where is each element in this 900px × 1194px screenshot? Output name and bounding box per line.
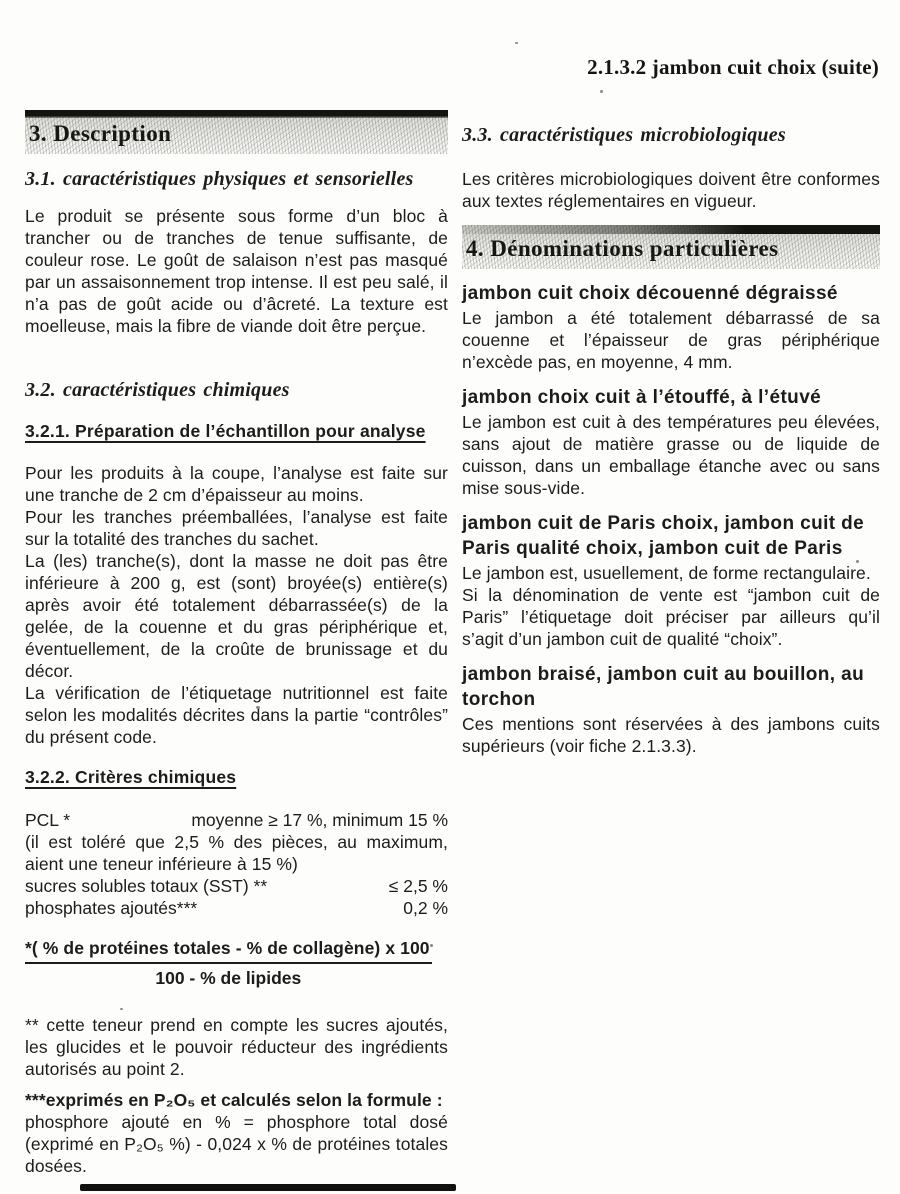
criteria-row-sst: sucres solubles totaux (SST) ** ≤ 2,5 % <box>25 875 448 897</box>
section-3-2-1-title: 3.2.1. Préparation de l’échantillon pour… <box>25 420 448 442</box>
document-page: 2.1.3.2 jambon cuit choix (suite) 3. Des… <box>0 0 900 1194</box>
criteria-row-phosphates: phosphates ajoutés*** 0,2 % <box>25 897 448 919</box>
scan-speck <box>256 706 260 709</box>
scan-speck <box>856 560 859 563</box>
paragraph: Pour les tranches préemballées, l’analys… <box>25 506 448 550</box>
denomination-group: jambon cuit choix découenné dégraissé Le… <box>462 281 880 373</box>
section-3-3-title: 3.3. caractéristiques microbiologiques <box>462 122 880 148</box>
scan-edge-bar <box>80 1184 456 1191</box>
criteria-label: sucres solubles totaux (SST) ** <box>25 875 267 897</box>
left-column: 3. Description 3.1. caractéristiques phy… <box>25 110 448 1177</box>
section-3-1-title: 3.1. caractéristiques physiques et senso… <box>25 166 448 192</box>
criteria-tolerance-note: (il est toléré que 2,5 % des pièces, au … <box>25 831 448 875</box>
section-3-1-paragraph: Le produit se présente sous forme d’un b… <box>25 205 448 337</box>
criteria-row-pcl: PCL * moyenne ≥ 17 %, minimum 15 % <box>25 809 448 831</box>
section-3-title: 3. Description <box>25 110 448 147</box>
formula-numerator: *( % de protéines totales - % de collagè… <box>25 937 432 964</box>
formula-denominator: 100 - % de lipides <box>25 964 432 989</box>
chemical-criteria-table: PCL * moyenne ≥ 17 %, minimum 15 % (il e… <box>25 809 448 919</box>
criteria-label: PCL * <box>25 809 70 831</box>
scan-speck <box>515 42 518 44</box>
paragraph: La vérification de l’étiquetage nutritio… <box>25 682 448 748</box>
paragraph: Pour les produits à la coupe, l’analyse … <box>25 462 448 506</box>
section-3-heading-band: 3. Description <box>25 110 448 154</box>
section-4-heading-band: 4. Dénominations particulières <box>462 225 880 269</box>
denomination-title: jambon cuit choix découenné dégraissé <box>462 281 880 306</box>
denomination-group: jambon braisé, jambon cuit au bouillon, … <box>462 662 880 757</box>
section-3-2-2-title: 3.2.2. Critères chimiques <box>25 766 448 788</box>
scan-speck <box>600 90 603 93</box>
criteria-label: phosphates ajoutés*** <box>25 897 197 919</box>
footnote-phosphates-title: ***exprimés en P₂O₅ et calculés selon la… <box>25 1089 448 1111</box>
denomination-group: jambon choix cuit à l’étouffé, à l’étuvé… <box>462 385 880 499</box>
denomination-paragraph: Le jambon est, usuellement, de forme rec… <box>462 562 880 584</box>
denomination-title: jambon braisé, jambon cuit au bouillon, … <box>462 662 880 712</box>
denomination-paragraph: Si la dénomination de vente est “jambon … <box>462 584 880 650</box>
criteria-value: moyenne ≥ 17 %, minimum 15 % <box>191 809 448 831</box>
section-3-2-1-paragraphs: Pour les produits à la coupe, l’analyse … <box>25 462 448 748</box>
right-column: 3.3. caractéristiques microbiologiques L… <box>462 110 880 757</box>
denomination-paragraph: Le jambon est cuit à des températures pe… <box>462 411 880 499</box>
section-3-2-title: 3.2. caractéristiques chimiques <box>25 377 448 403</box>
page-running-header: 2.1.3.2 jambon cuit choix (suite) <box>587 55 879 80</box>
footnote-phosphates: ***exprimés en P₂O₅ et calculés selon la… <box>25 1089 448 1177</box>
section-4-title: 4. Dénominations particulières <box>462 225 880 262</box>
paragraph: La (les) tranche(s), dont la masse ne do… <box>25 550 448 682</box>
denomination-group: jambon cuit de Paris choix, jambon cuit … <box>462 511 880 650</box>
footnote-phosphates-body: phosphore ajouté en % = phosphore total … <box>25 1111 448 1177</box>
denomination-paragraph: Le jambon a été totalement débarrassé de… <box>462 307 880 373</box>
criteria-value: 0,2 % <box>403 897 448 919</box>
section-3-3-paragraph: Les critères microbiologiques doivent êt… <box>462 168 880 212</box>
criteria-value: ≤ 2,5 % <box>389 875 448 897</box>
scan-speck <box>430 944 433 947</box>
denomination-title: jambon cuit de Paris choix, jambon cuit … <box>462 511 880 561</box>
denomination-title: jambon choix cuit à l’étouffé, à l’étuvé <box>462 385 880 410</box>
denomination-paragraph: Ces mentions sont réservées à des jambon… <box>462 713 880 757</box>
scan-speck <box>120 1008 123 1010</box>
pcl-formula: *( % de protéines totales - % de collagè… <box>25 937 432 989</box>
footnote-sst: ** cette teneur prend en compte les sucr… <box>25 1014 448 1080</box>
